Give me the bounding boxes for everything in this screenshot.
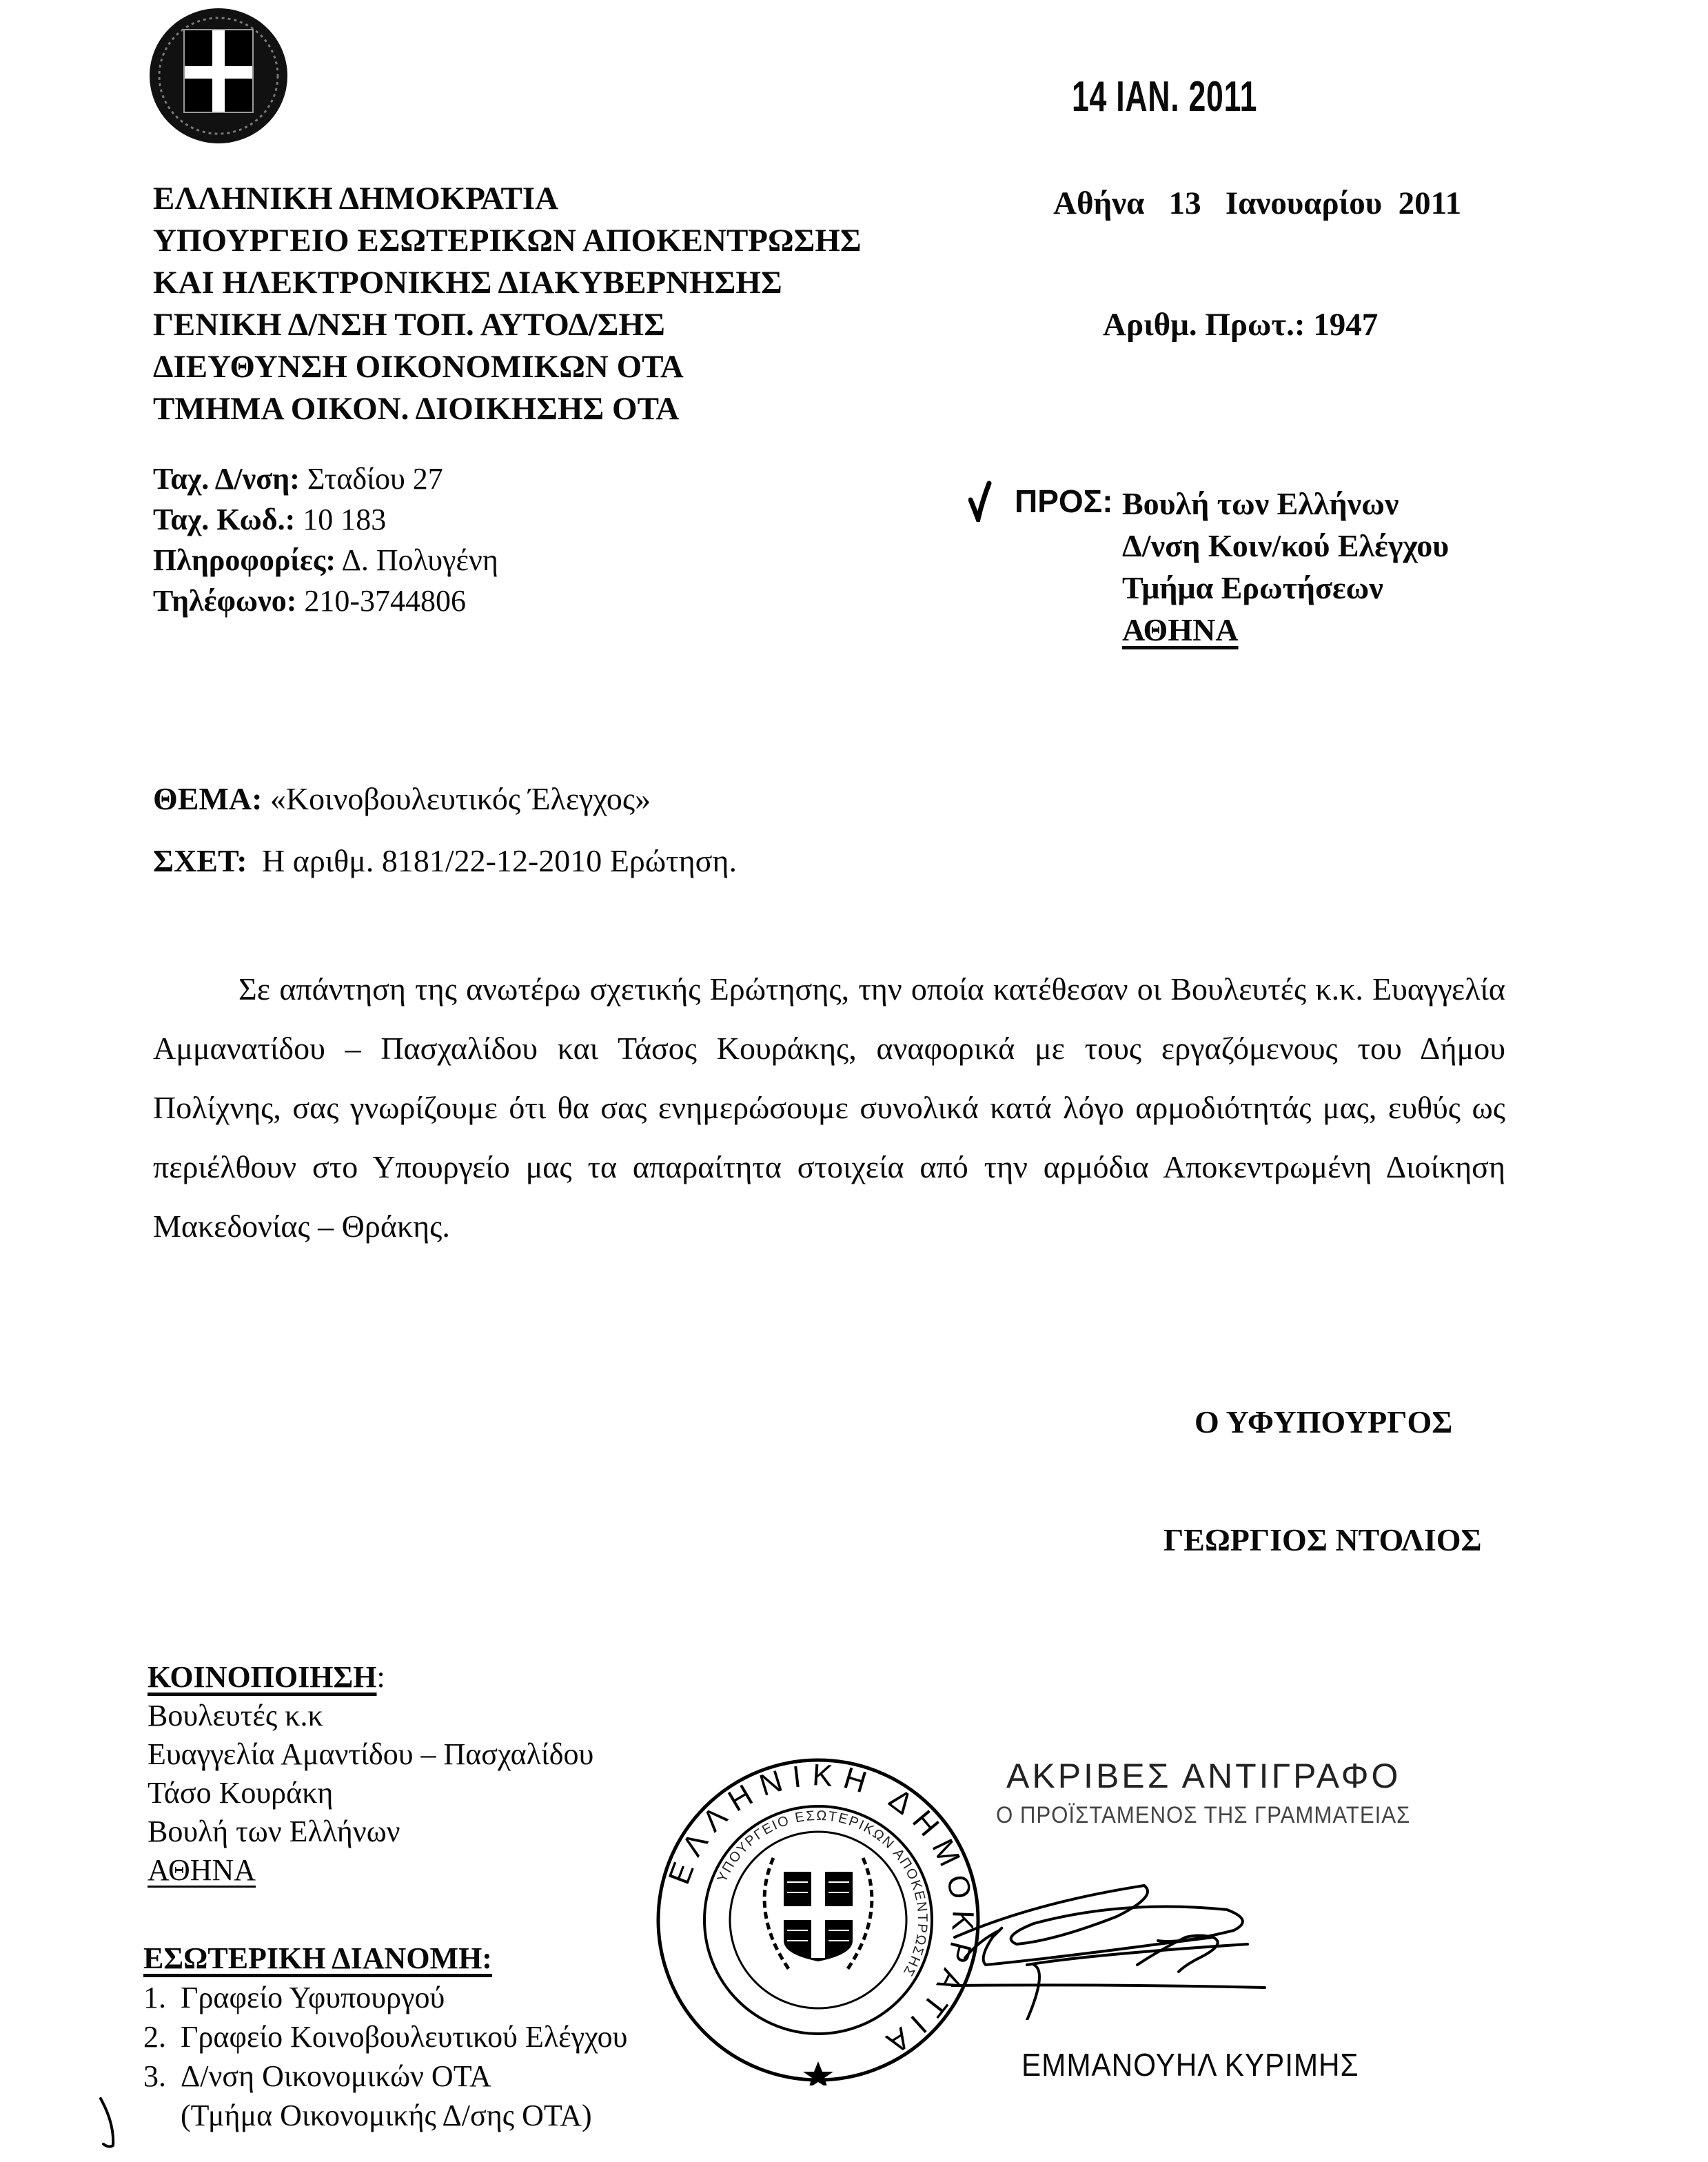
distribution-item: 1.Γραφείο Υφυπουργού bbox=[143, 1978, 627, 2017]
phone-value: 210-3744806 bbox=[304, 584, 466, 618]
cc-line: Τάσο Κουράκη bbox=[148, 1774, 593, 1812]
cc-line: Βουλευτές κ.κ bbox=[148, 1697, 593, 1735]
distribution-heading: ΕΣΩΤΕΡΙΚΗ ΔΙΑΝΟΜΗ: bbox=[143, 1941, 492, 1975]
body-paragraph: Σε απάντηση της ανωτέρω σχετικής Ερώτηση… bbox=[153, 960, 1505, 1256]
issuing-authority: ΕΛΛΗΝΙΚΗ ΔΗΜΟΚΡΑΤΙΑ ΥΠΟΥΡΓΕΙΟ ΕΣΩΤΕΡΙΚΩΝ… bbox=[153, 178, 862, 430]
subject-line: ΘΕΜΑ: «Κοινοβουλευτικός Έλεγχος» bbox=[153, 780, 651, 817]
distribution-item: 2.Γραφείο Κοινοβουλευτικού Ελέγχου bbox=[143, 2017, 627, 2057]
margin-bracket-mark bbox=[95, 2096, 120, 2151]
cc-colon: : bbox=[376, 1660, 385, 1694]
org-line: ΔΙΕΥΘΥΝΣΗ ΟΙΚΟΝΟΜΙΚΩΝ ΟΤΑ bbox=[153, 346, 862, 388]
recipient-address: Βουλή των Ελλήνων Δ/νση Κοιν/κού Ελέγχου… bbox=[1122, 483, 1449, 651]
greek-coat-of-arms-icon bbox=[146, 6, 291, 147]
distribution-item: 3.Δ/νση Οικονομικών ΟΤΑ bbox=[143, 2057, 627, 2096]
recipient-line: Βουλή των Ελλήνων bbox=[1122, 483, 1449, 525]
phone-row: Τηλέφωνο: 210-3744806 bbox=[153, 580, 498, 621]
checkmark-icon bbox=[968, 481, 992, 522]
certified-copy-stamp-title: ΑΚΡΙΒΕΣ ΑΝΤΙΓΡΑΦΟ bbox=[1006, 1756, 1401, 1796]
reference-label: ΣΧΕΤ: bbox=[153, 842, 262, 879]
recipient-city: ΑΘΗΝΑ bbox=[1122, 609, 1239, 651]
org-line: ΥΠΟΥΡΓΕΙΟ ΕΣΩΤΕΡΙΚΩΝ ΑΠΟΚΕΝΤΡΩΣΗΣ bbox=[153, 220, 862, 262]
contact-details: Ταχ. Δ/νση: Σταδίου 27 Ταχ. Κωδ.: 10 183… bbox=[153, 458, 498, 621]
org-line: ΕΛΛΗΝΙΚΗ ΔΗΜΟΚΡΑΤΙΑ bbox=[153, 178, 862, 220]
org-line: ΤΜΗΜΑ ΟΙΚΟΝ. ΔΙΟΙΚΗΣΗΣ ΟΤΑ bbox=[153, 388, 862, 430]
protocol-label: Αριθμ. Πρωτ.: bbox=[1103, 307, 1305, 343]
place-date: Αθήνα 13 Ιανουαρίου 2011 bbox=[1053, 185, 1461, 222]
address-value: Σταδίου 27 bbox=[307, 462, 443, 496]
recipient-line: Δ/νση Κοιν/κού Ελέγχου bbox=[1122, 525, 1449, 567]
address-row: Ταχ. Δ/νση: Σταδίου 27 bbox=[153, 458, 498, 499]
postcode-row: Ταχ. Κωδ.: 10 183 bbox=[153, 499, 498, 540]
cc-line: Ευαγγελία Αμαντίδου – Πασχαλίδου bbox=[148, 1735, 593, 1774]
received-date-stamp: 14 IAN. 2011 bbox=[1072, 72, 1257, 121]
address-label: Ταχ. Δ/νση: bbox=[153, 462, 300, 496]
protocol-value: 1947 bbox=[1313, 307, 1378, 343]
reference-value: Η αριθμ. 8181/22-12-2010 Ερώτηση. bbox=[262, 843, 737, 878]
info-label: Πληροφορίες: bbox=[153, 543, 336, 577]
cc-heading: ΚΟΙΝΟΠΟΙΗΣΗ bbox=[148, 1660, 376, 1694]
distribution-subitem: (Τμήμα Οικονομικής Δ/σης ΟΤΑ) bbox=[143, 2096, 627, 2135]
recipient-line: Τμήμα Ερωτήσεων bbox=[1122, 567, 1449, 609]
recipient-label: ΠΡΟΣ: bbox=[1015, 483, 1113, 520]
cc-list: ΚΟΙΝΟΠΟΙΗΣΗ: Βουλευτές κ.κ Ευαγγελία Αμα… bbox=[148, 1658, 593, 1890]
certifier-name: ΕΜΜΑΝΟΥΗΛ ΚΥΡΙΜΗΣ bbox=[1021, 2046, 1359, 2083]
cc-city: ΑΘΗΝΑ bbox=[148, 1853, 256, 1887]
postcode-label: Ταχ. Κωδ.: bbox=[153, 503, 295, 536]
org-line: ΓΕΝΙΚΗ Δ/ΝΣΗ ΤΟΠ. ΑΥΤΟΔ/ΣΗΣ bbox=[153, 304, 862, 346]
cc-line: Βουλή των Ελλήνων bbox=[148, 1812, 593, 1851]
protocol-number: Αριθμ. Πρωτ.: 1947 bbox=[1103, 306, 1378, 343]
postcode-value: 10 183 bbox=[303, 503, 386, 536]
subject-label: ΘΕΜΑ: bbox=[153, 781, 262, 816]
official-seal-icon: ΕΛΛΗΝΙΚΗ ΔΗΜΟΚΡΑΤΙΑ ΥΠΟΥΡΓΕΙΟ ΕΣΩΤΕΡΙΚΩΝ… bbox=[653, 1755, 984, 2085]
signatory-name: ΓΕΩΡΓΙΟΣ ΝΤΟΛΙΟΣ bbox=[1163, 1522, 1482, 1558]
internal-distribution: ΕΣΩΤΕΡΙΚΗ ΔΙΑΝΟΜΗ: 1.Γραφείο Υφυπουργού … bbox=[143, 1939, 627, 2135]
handwritten-signature bbox=[951, 1861, 1475, 2020]
info-row: Πληροφορίες: Δ. Πολυγένη bbox=[153, 540, 498, 580]
subject-value: «Κοινοβουλευτικός Έλεγχος» bbox=[270, 781, 651, 816]
reference-line: ΣΧΕΤ:Η αριθμ. 8181/22-12-2010 Ερώτηση. bbox=[153, 842, 737, 879]
org-line: ΚΑΙ ΗΛΕΚΤΡΟΝΙΚΗΣ ΔΙΑΚΥΒΕΡΝΗΣΗΣ bbox=[153, 262, 862, 304]
info-value: Δ. Πολυγένη bbox=[342, 543, 498, 577]
certified-copy-stamp-subtitle: Ο ΠΡΟΪΣΤΑΜΕΝΟΣ ΤΗΣ ΓΡΑΜΜΑΤΕΙΑΣ bbox=[996, 1802, 1410, 1829]
phone-label: Τηλέφωνο: bbox=[153, 584, 296, 618]
signatory-title: Ο ΥΦΥΠΟΥΡΓΟΣ bbox=[1194, 1404, 1452, 1440]
